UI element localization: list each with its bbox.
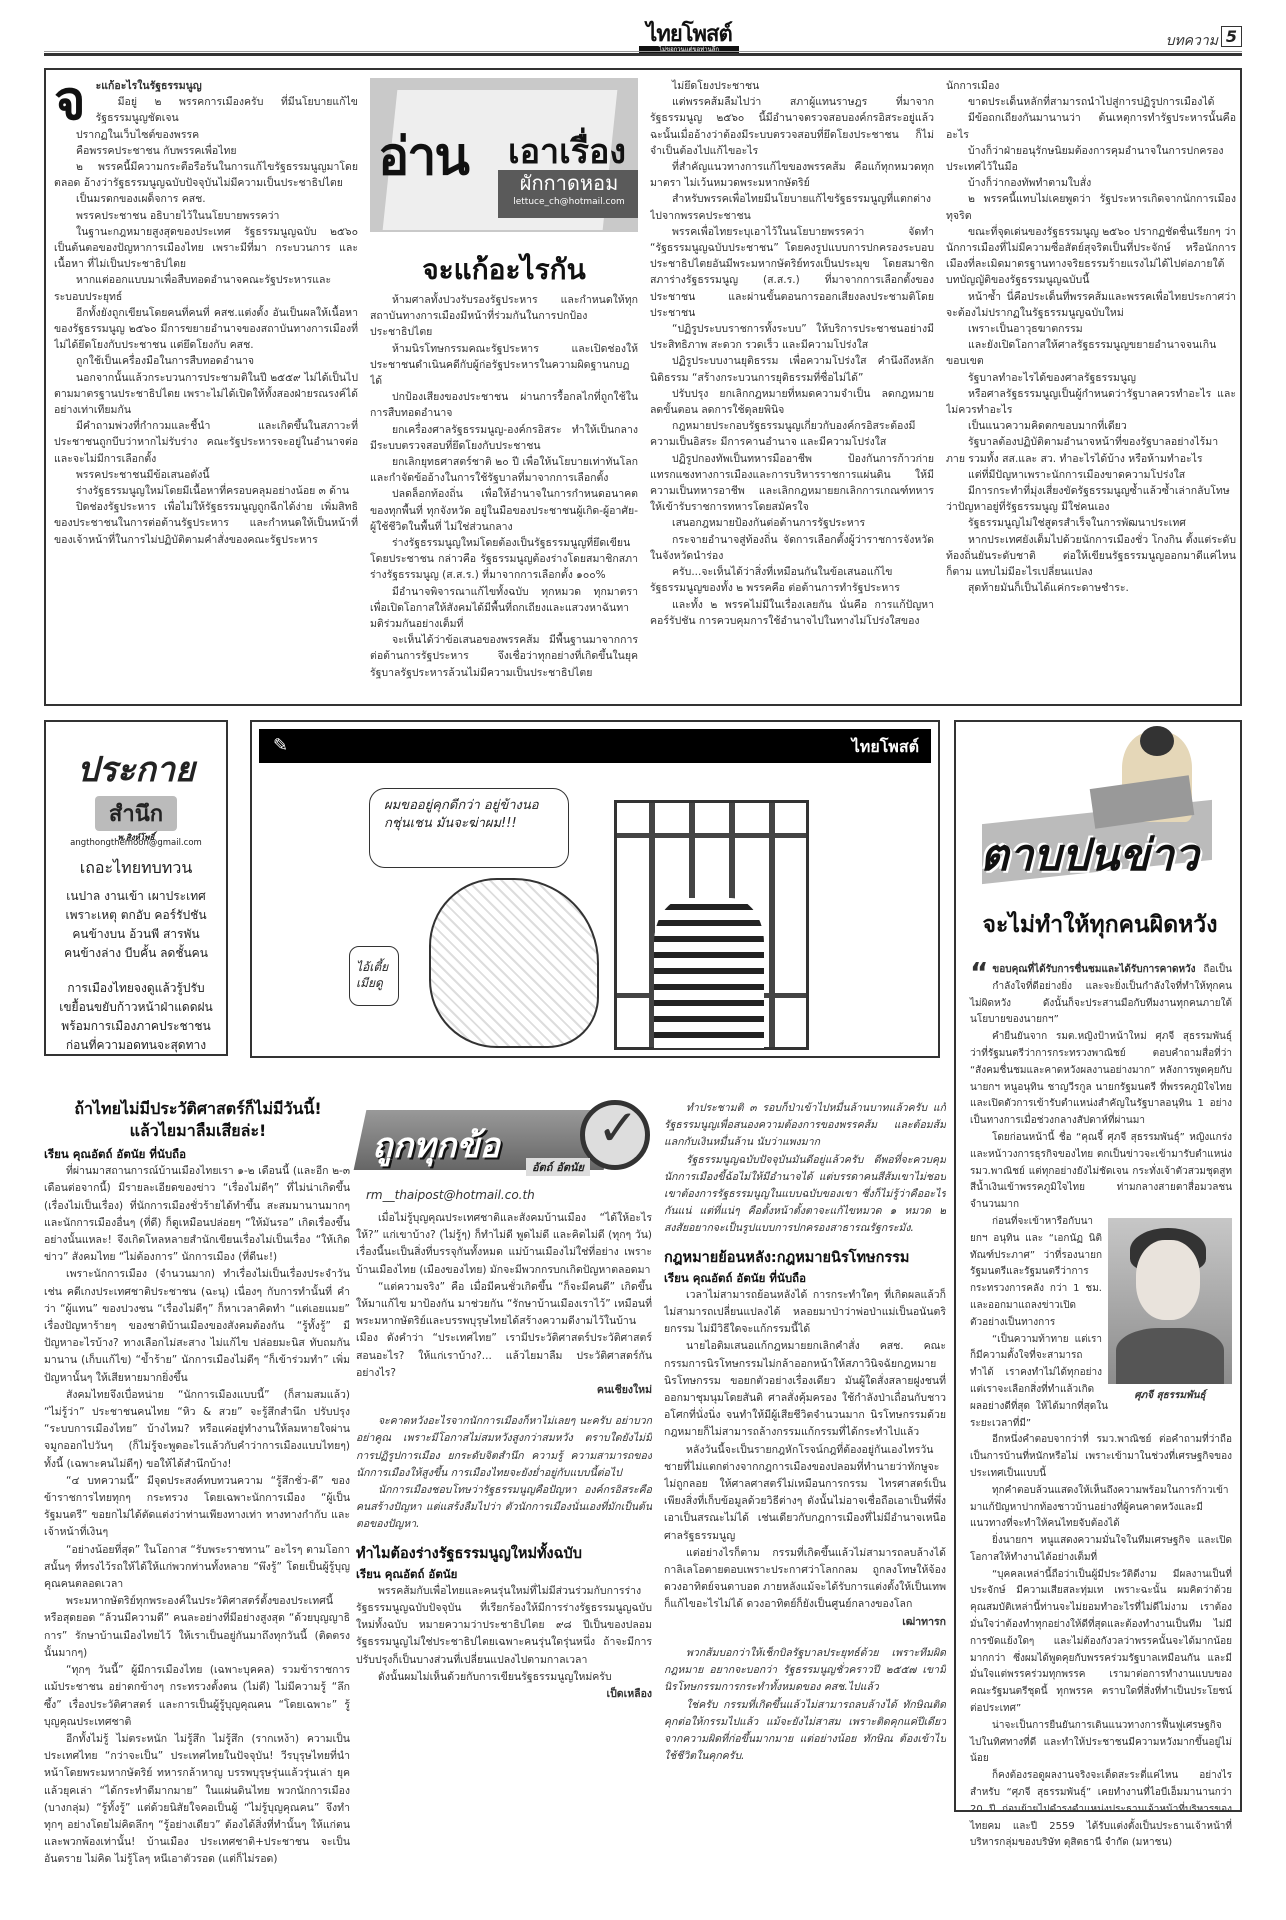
author-box: ผักกาดหอม lettuce_ch@hotmail.com	[498, 170, 638, 218]
editorial-cartoon: ✎ ไทยโพสต์ ผมขออยู่คุกดีกว่า อยู่ข้างนอก…	[250, 720, 940, 1058]
letter-title: ถ้าไทยไม่มีประวัติศาสตร์ก็ไม่มีวันนี้! แ…	[44, 1098, 352, 1142]
header-rule-thin	[44, 51, 1242, 52]
newspaper-logo: ไทยโพสต์ ไม่ขอกวนแต่ขอท่านลึก	[639, 24, 739, 53]
column-body-middle: เมื่อไม่รู้บุญคุณประเทศชาติและสังคมบ้านเ…	[356, 1210, 652, 1916]
letter-signature: คนเชียงใหม่	[356, 1382, 652, 1399]
cartoon-header-bar: ✎ ไทยโพสต์	[259, 729, 931, 763]
poem-stanza-1: เนปาล งานเข้า เผาประเทศ เพราะเหตุ ตกอับ …	[46, 887, 226, 963]
article-column-2: ห้ามศาลทั้งปวงรับรองรัฐประหาร และกำหนดให…	[370, 292, 638, 698]
column-body-right: ทำประชามติ ๓ รอบก็ป่าเข้าไปหมื่นล้านบาทแ…	[664, 1100, 946, 1916]
column-logo: ถูกทุกข้อ อัตถ์ อัตนัย	[356, 1096, 652, 1182]
portrait-caption: ศุภจี สุธรรมพันธุ์	[1108, 1388, 1232, 1405]
mascot-icon: ✎	[273, 735, 288, 756]
gossip-logo: ตาบปนข่าว	[972, 732, 1222, 892]
article-column-4: นักการเมือง ขาดประเด็นหลักที่สามารถนำไปส…	[946, 78, 1236, 698]
poem-logo: ประกาย สำนึก พ.สิงห์โพธิ์	[61, 742, 211, 832]
masthead: ไทยโพสต์ ไม่ขอกวนแต่ขอท่านลึก บทความ 5	[44, 20, 1242, 56]
cartoon-drawing: ผมขออยู่คุกดีกว่า อยู่ข้างนอกชุ่นเชน มัน…	[259, 768, 931, 1049]
cartoon-character	[429, 878, 599, 1048]
column-banner: อ่าน เอาเรื่อง ผักกาดหอม lettuce_ch@hotm…	[370, 78, 638, 232]
subheading-amnesty: กฎหมายย้อนหลัง:กฎหมายนิรโทษกรรม	[664, 1248, 946, 1268]
thought-bubble: ไอ้เตี้ย เมียดู	[349, 946, 399, 1006]
section-label: บทความ	[1166, 30, 1218, 52]
article-lead: ะแก้อะไรในรัฐธรรมนูญ	[54, 78, 358, 94]
article-title: จะแก้อะไรกัน	[370, 248, 638, 292]
reader-signature-1: เป็ดเหลือง	[356, 1686, 652, 1703]
column-author: อัตถ์ อัตนัย	[526, 1158, 590, 1176]
article-column-1: จ ะแก้อะไรในรัฐธรรมนูญ มีอยู่ ๒ พรรคการเ…	[54, 78, 358, 698]
letter-body: เรียน คุณอัตถ์ อัตนัย ที่นับถือ ที่ผ่านม…	[44, 1146, 350, 1916]
poem-stanza-2: การเมืองไทยจงดูแล้วรู้ปรับ เขยื้อนขยับก้…	[46, 979, 226, 1055]
poem-box: ประกาย สำนึก พ.สิงห์โพธิ์ angthongthemoo…	[44, 720, 228, 1056]
portrait-photo	[1108, 1218, 1232, 1384]
dropcap: จ	[54, 78, 86, 124]
letter-salutation: เรียน คุณอัตถ์ อัตนัย ที่นับถือ	[44, 1146, 350, 1163]
editorial-article: จ ะแก้อะไรในรัฐธรรมนูญ มีอยู่ ๒ พรรคการเ…	[44, 68, 1242, 706]
gossip-title: จะไม่ทำให้ทุกคนผิดหวัง	[966, 907, 1234, 943]
subheading-rewrite: ทำไมต้องร่างรัฐธรรมนูญใหม่ทั้งฉบับ	[356, 1544, 652, 1564]
prisoner-character	[654, 898, 764, 1048]
column-email: rm__thaipost@hotmail.co.th	[366, 1188, 535, 1202]
header-rule	[44, 53, 1242, 56]
reader-signature-2: เฒ่าทารก	[664, 1614, 946, 1631]
speech-bubble: ผมขออยู่คุกดีกว่า อยู่ข้างนอกชุ่นเชน มัน…	[369, 788, 569, 868]
gossip-body: “ ขอบคุณที่ได้รับการชื่นชมและได้รับการคา…	[970, 962, 1232, 1852]
gossip-column: ตาบปนข่าว จะไม่ทำให้ทุกคนผิดหวัง “ ขอบคุ…	[954, 720, 1242, 1812]
article-column-3: ไม่ยึดโยงประชาชน แต่พรรคส้มลืมไปว่า สภาผ…	[650, 78, 934, 698]
poem-title: เถอะไทยทบทวน	[46, 856, 226, 881]
page-number: 5	[1221, 26, 1242, 47]
quote-icon: “	[970, 962, 988, 984]
checkmark-icon	[580, 1100, 650, 1170]
author-email: lettuce_ch@hotmail.com	[498, 196, 638, 208]
author-name: ผักกาดหอม	[498, 170, 638, 196]
cartoon-brand: ไทยโพสต์	[852, 735, 919, 760]
